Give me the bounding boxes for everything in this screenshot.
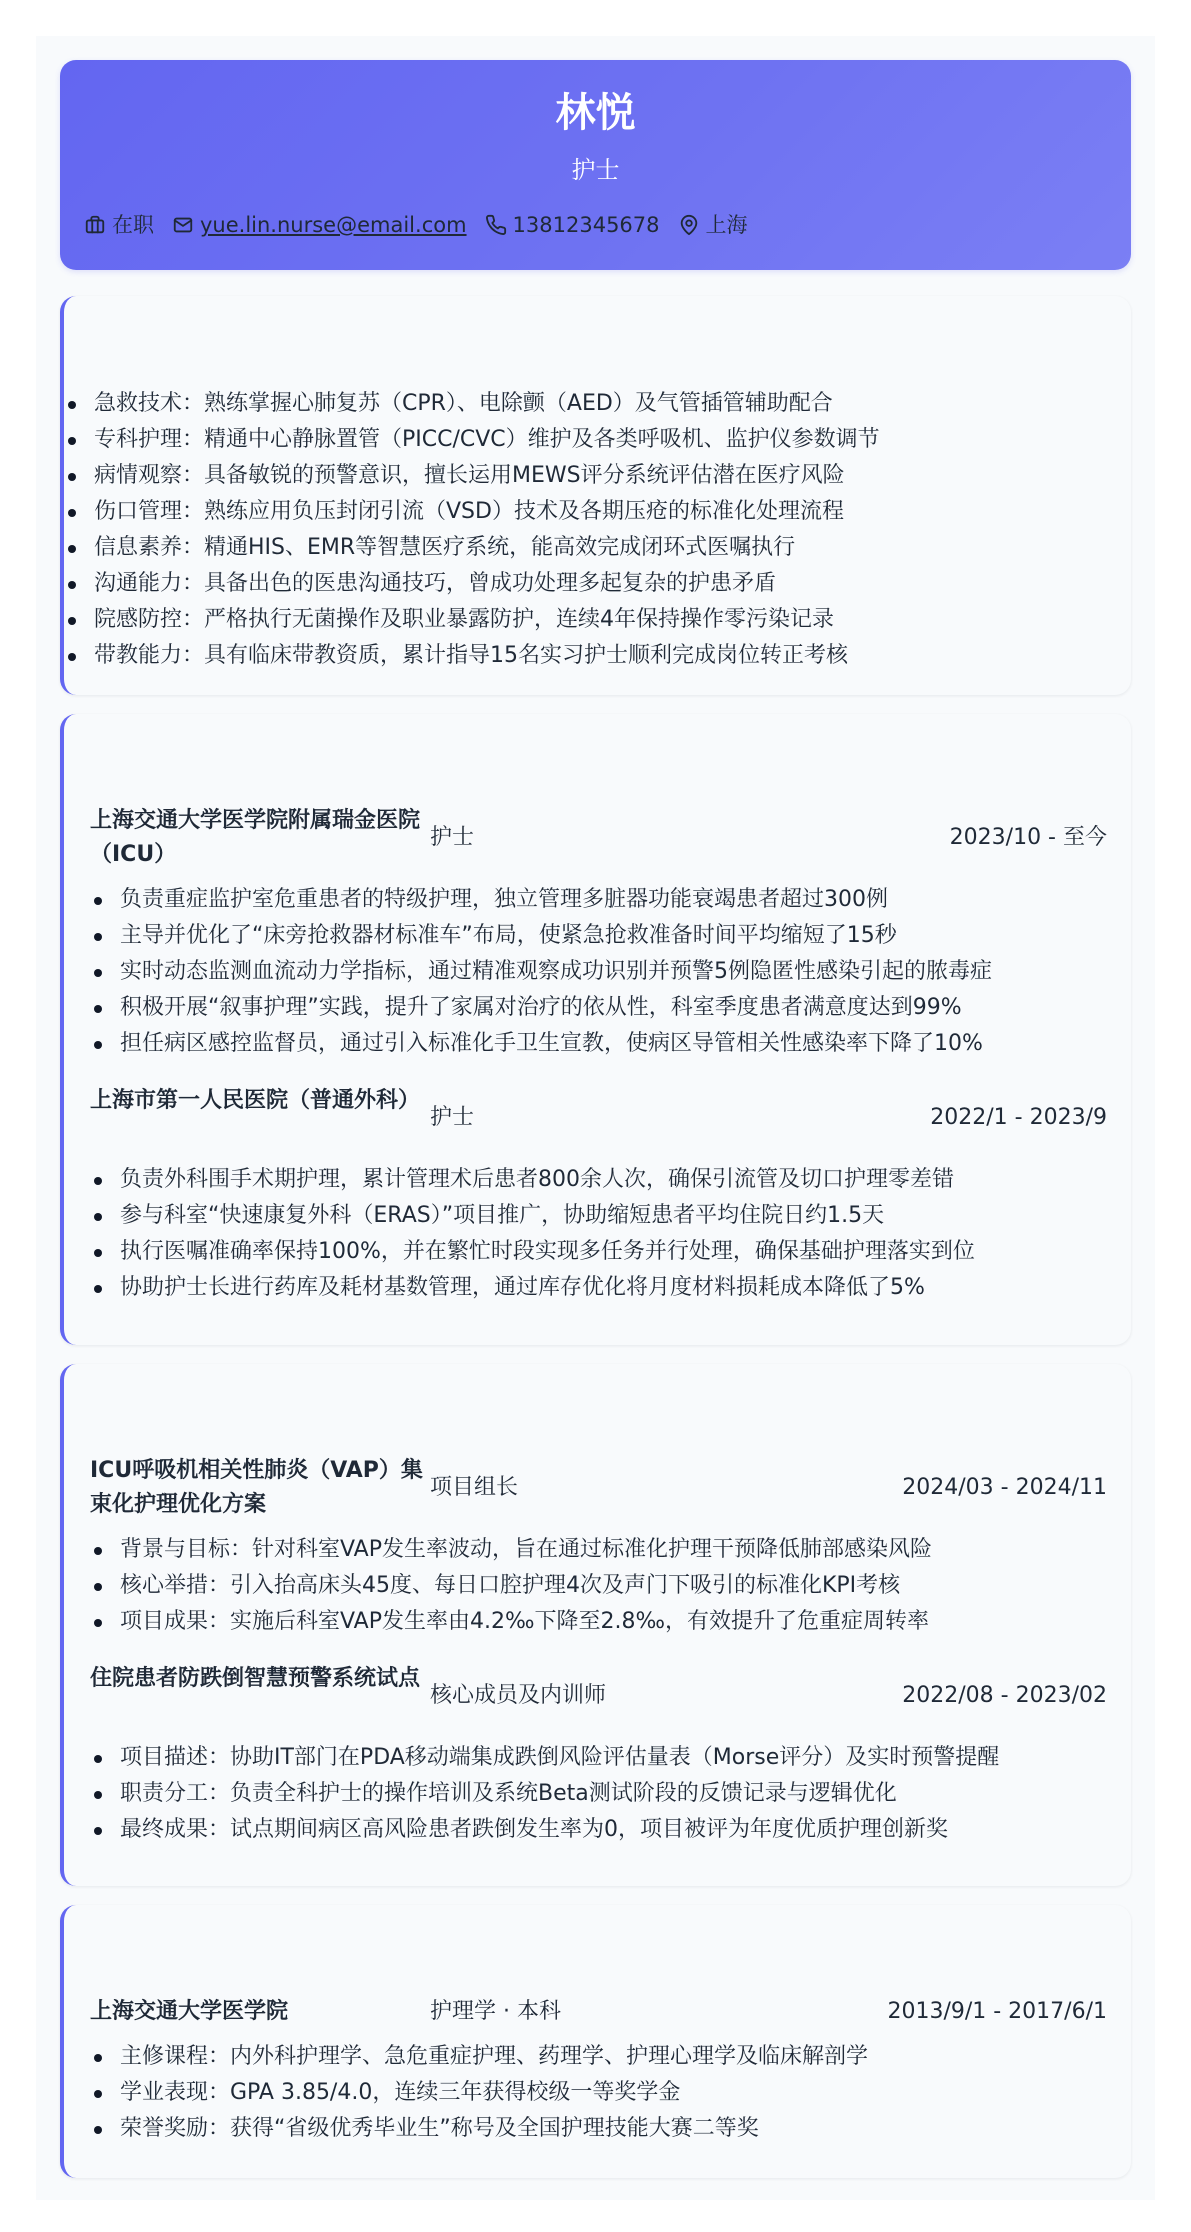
list-item: 背景与目标：针对科室VAP发生率波动，旨在通过标准化护理干预降低肺部感染风险 [120, 1532, 1107, 1568]
list-item: 伤口管理：熟练应用负压封闭引流（VSD）技术及各期压疮的标准化处理流程 [94, 494, 1131, 530]
mail-icon [172, 214, 194, 236]
phone-icon [485, 214, 507, 236]
school-name: 上海交通大学医学院 [90, 1995, 430, 2029]
work-entry: 上海交通大学医学院附属瑞金医院（ICU） 护士 2023/10 - 至今 负责重… [64, 804, 1131, 1062]
project-bullets: 背景与目标：针对科室VAP发生率波动，旨在通过标准化护理干预降低肺部感染风险 核… [90, 1532, 1107, 1640]
list-item: 协助护士长进行药库及耗材基数管理，通过库存优化将月度材料损耗成本降低了5% [120, 1270, 1107, 1306]
contact-status: 在职 [84, 210, 154, 240]
list-item: 学业表现：GPA 3.85/4.0，连续三年获得校级一等奖学金 [120, 2075, 1107, 2111]
work-section: 上海交通大学医学院附属瑞金医院（ICU） 护士 2023/10 - 至今 负责重… [60, 714, 1131, 1345]
list-item: 病情观察：具备敏锐的预警意识，擅长运用MEWS评分系统评估潜在医疗风险 [94, 458, 1131, 494]
project-entry: 住院患者防跌倒智慧预警系统试点 核心成员及内训师 2022/08 - 2023/… [64, 1662, 1131, 1848]
project-entry: ICU呼吸机相关性肺炎（VAP）集束化护理优化方案 项目组长 2024/03 -… [64, 1454, 1131, 1640]
location-pin-icon [678, 214, 700, 236]
work-bullets: 负责重症监护室危重患者的特级护理，独立管理多脏器功能衰竭患者超过300例 主导并… [90, 882, 1107, 1062]
list-item: 担任病区感控监督员，通过引入标准化手卫生宣教，使病区导管相关性感染率下降了10% [120, 1026, 1107, 1062]
project-date: 2024/03 - 2024/11 [902, 1454, 1107, 1522]
list-item: 参与科室“快速康复外科（ERAS）”项目推广，协助缩短患者平均住院日约1.5天 [120, 1198, 1107, 1234]
list-item: 信息素养：精通HIS、EMR等智慧医疗系统，能高效完成闭环式医嘱执行 [94, 530, 1131, 566]
email-link[interactable]: yue.lin.nurse@email.com [200, 210, 467, 240]
project-role: 核心成员及内训师 [430, 1662, 902, 1730]
work-entry: 上海市第一人民医院（普通外科） 护士 2022/1 - 2023/9 负责外科围… [64, 1084, 1131, 1306]
list-item: 荣誉奖励：获得“省级优秀毕业生”称号及全国护理技能大赛二等奖 [120, 2111, 1107, 2147]
list-item: 专科护理：精通中心静脉置管（PICC/CVC）维护及各类呼吸机、监护仪参数调节 [94, 422, 1131, 458]
list-item: 负责重症监护室危重患者的特级护理，独立管理多脏器功能衰竭患者超过300例 [120, 882, 1107, 918]
resume-page: 林悦 护士 在职 yue.lin.nurse@email.com [36, 36, 1155, 2200]
list-item: 急救技术：熟练掌握心肺复苏（CPR）、电除颤（AED）及气管插管辅助配合 [94, 386, 1131, 422]
work-organization: 上海市第一人民医院（普通外科） [90, 1084, 430, 1118]
work-organization: 上海交通大学医学院附属瑞金医院（ICU） [90, 804, 430, 872]
work-title: 护士 [430, 804, 950, 872]
work-title: 护士 [430, 1084, 930, 1152]
contact-location: 上海 [678, 210, 748, 240]
education-date: 2013/9/1 - 2017/6/1 [887, 1995, 1107, 2029]
skills-section: 急救技术：熟练掌握心肺复苏（CPR）、电除颤（AED）及气管插管辅助配合 专科护… [60, 296, 1131, 695]
candidate-role: 护士 [60, 154, 1131, 186]
project-date: 2022/08 - 2023/02 [902, 1662, 1107, 1730]
work-section-title [64, 714, 1131, 804]
list-item: 负责外科围手术期护理，累计管理术后患者800余人次，确保引流管及切口护理零差错 [120, 1162, 1107, 1198]
project-name: ICU呼吸机相关性肺炎（VAP）集束化护理优化方案 [90, 1454, 430, 1522]
list-item: 主导并优化了“床旁抢救器材标准车”布局，使紧急抢救准备时间平均缩短了15秒 [120, 918, 1107, 954]
profile-header: 林悦 护士 在职 yue.lin.nurse@email.com [60, 60, 1131, 270]
location-text: 上海 [706, 210, 748, 240]
list-item: 最终成果：试点期间病区高风险患者跌倒发生率为0，项目被评为年度优质护理创新奖 [120, 1812, 1107, 1848]
work-bullets: 负责外科围手术期护理，累计管理术后患者800余人次，确保引流管及切口护理零差错 … [90, 1162, 1107, 1306]
candidate-name: 林悦 [60, 86, 1131, 140]
list-item: 实时动态监测血流动力学指标，通过精准观察成功识别并预警5例隐匿性感染引起的脓毒症 [120, 954, 1107, 990]
briefcase-icon [84, 214, 106, 236]
list-item: 院感防控：严格执行无菌操作及职业暴露防护，连续4年保持操作零污染记录 [94, 602, 1131, 638]
list-item: 职责分工：负责全科护士的操作培训及系统Beta测试阶段的反馈记录与逻辑优化 [120, 1776, 1107, 1812]
list-item: 积极开展“叙事护理”实践，提升了家属对治疗的依从性，科室季度患者满意度达到99% [120, 990, 1107, 1026]
education-section-title [64, 1905, 1131, 1995]
contact-phone: 13812345678 [485, 210, 660, 240]
education-bullets: 主修课程：内外科护理学、急危重症护理、药理学、护理心理学及临床解剖学 学业表现：… [90, 2039, 1107, 2147]
skills-section-title [64, 296, 1131, 386]
status-text: 在职 [112, 210, 154, 240]
list-item: 项目描述：协助IT部门在PDA移动端集成跌倒风险评估量表（Morse评分）及实时… [120, 1740, 1107, 1776]
list-item: 项目成果：实施后科室VAP发生率由4.2‰下降至2.8‰，有效提升了危重症周转率 [120, 1604, 1107, 1640]
education-section: 上海交通大学医学院 护理学 · 本科 2013/9/1 - 2017/6/1 主… [60, 1905, 1131, 2178]
list-item: 核心举措：引入抬高床头45度、每日口腔护理4次及声门下吸引的标准化KPI考核 [120, 1568, 1107, 1604]
list-item: 沟通能力：具备出色的医患沟通技巧，曾成功处理多起复杂的护患矛盾 [94, 566, 1131, 602]
list-item: 主修课程：内外科护理学、急危重症护理、药理学、护理心理学及临床解剖学 [120, 2039, 1107, 2075]
list-item: 带教能力：具有临床带教资质，累计指导15名实习护士顺利完成岗位转正考核 [94, 638, 1131, 674]
work-date: 2022/1 - 2023/9 [930, 1084, 1107, 1152]
project-name: 住院患者防跌倒智慧预警系统试点 [90, 1662, 430, 1696]
contact-email: yue.lin.nurse@email.com [172, 210, 467, 240]
education-major: 护理学 · 本科 [430, 1995, 887, 2029]
projects-section: ICU呼吸机相关性肺炎（VAP）集束化护理优化方案 项目组长 2024/03 -… [60, 1364, 1131, 1886]
skills-list: 急救技术：熟练掌握心肺复苏（CPR）、电除颤（AED）及气管插管辅助配合 专科护… [64, 386, 1131, 674]
contact-bar: 在职 yue.lin.nurse@email.com 13812345678 [84, 210, 748, 240]
list-item: 执行医嘱准确率保持100%，并在繁忙时段实现多任务并行处理，确保基础护理落实到位 [120, 1234, 1107, 1270]
phone-text: 13812345678 [513, 210, 660, 240]
education-entry: 上海交通大学医学院 护理学 · 本科 2013/9/1 - 2017/6/1 主… [64, 1995, 1131, 2147]
project-bullets: 项目描述：协助IT部门在PDA移动端集成跌倒风险评估量表（Morse评分）及实时… [90, 1740, 1107, 1848]
work-date: 2023/10 - 至今 [950, 804, 1107, 872]
projects-section-title [64, 1364, 1131, 1454]
project-role: 项目组长 [430, 1454, 902, 1522]
